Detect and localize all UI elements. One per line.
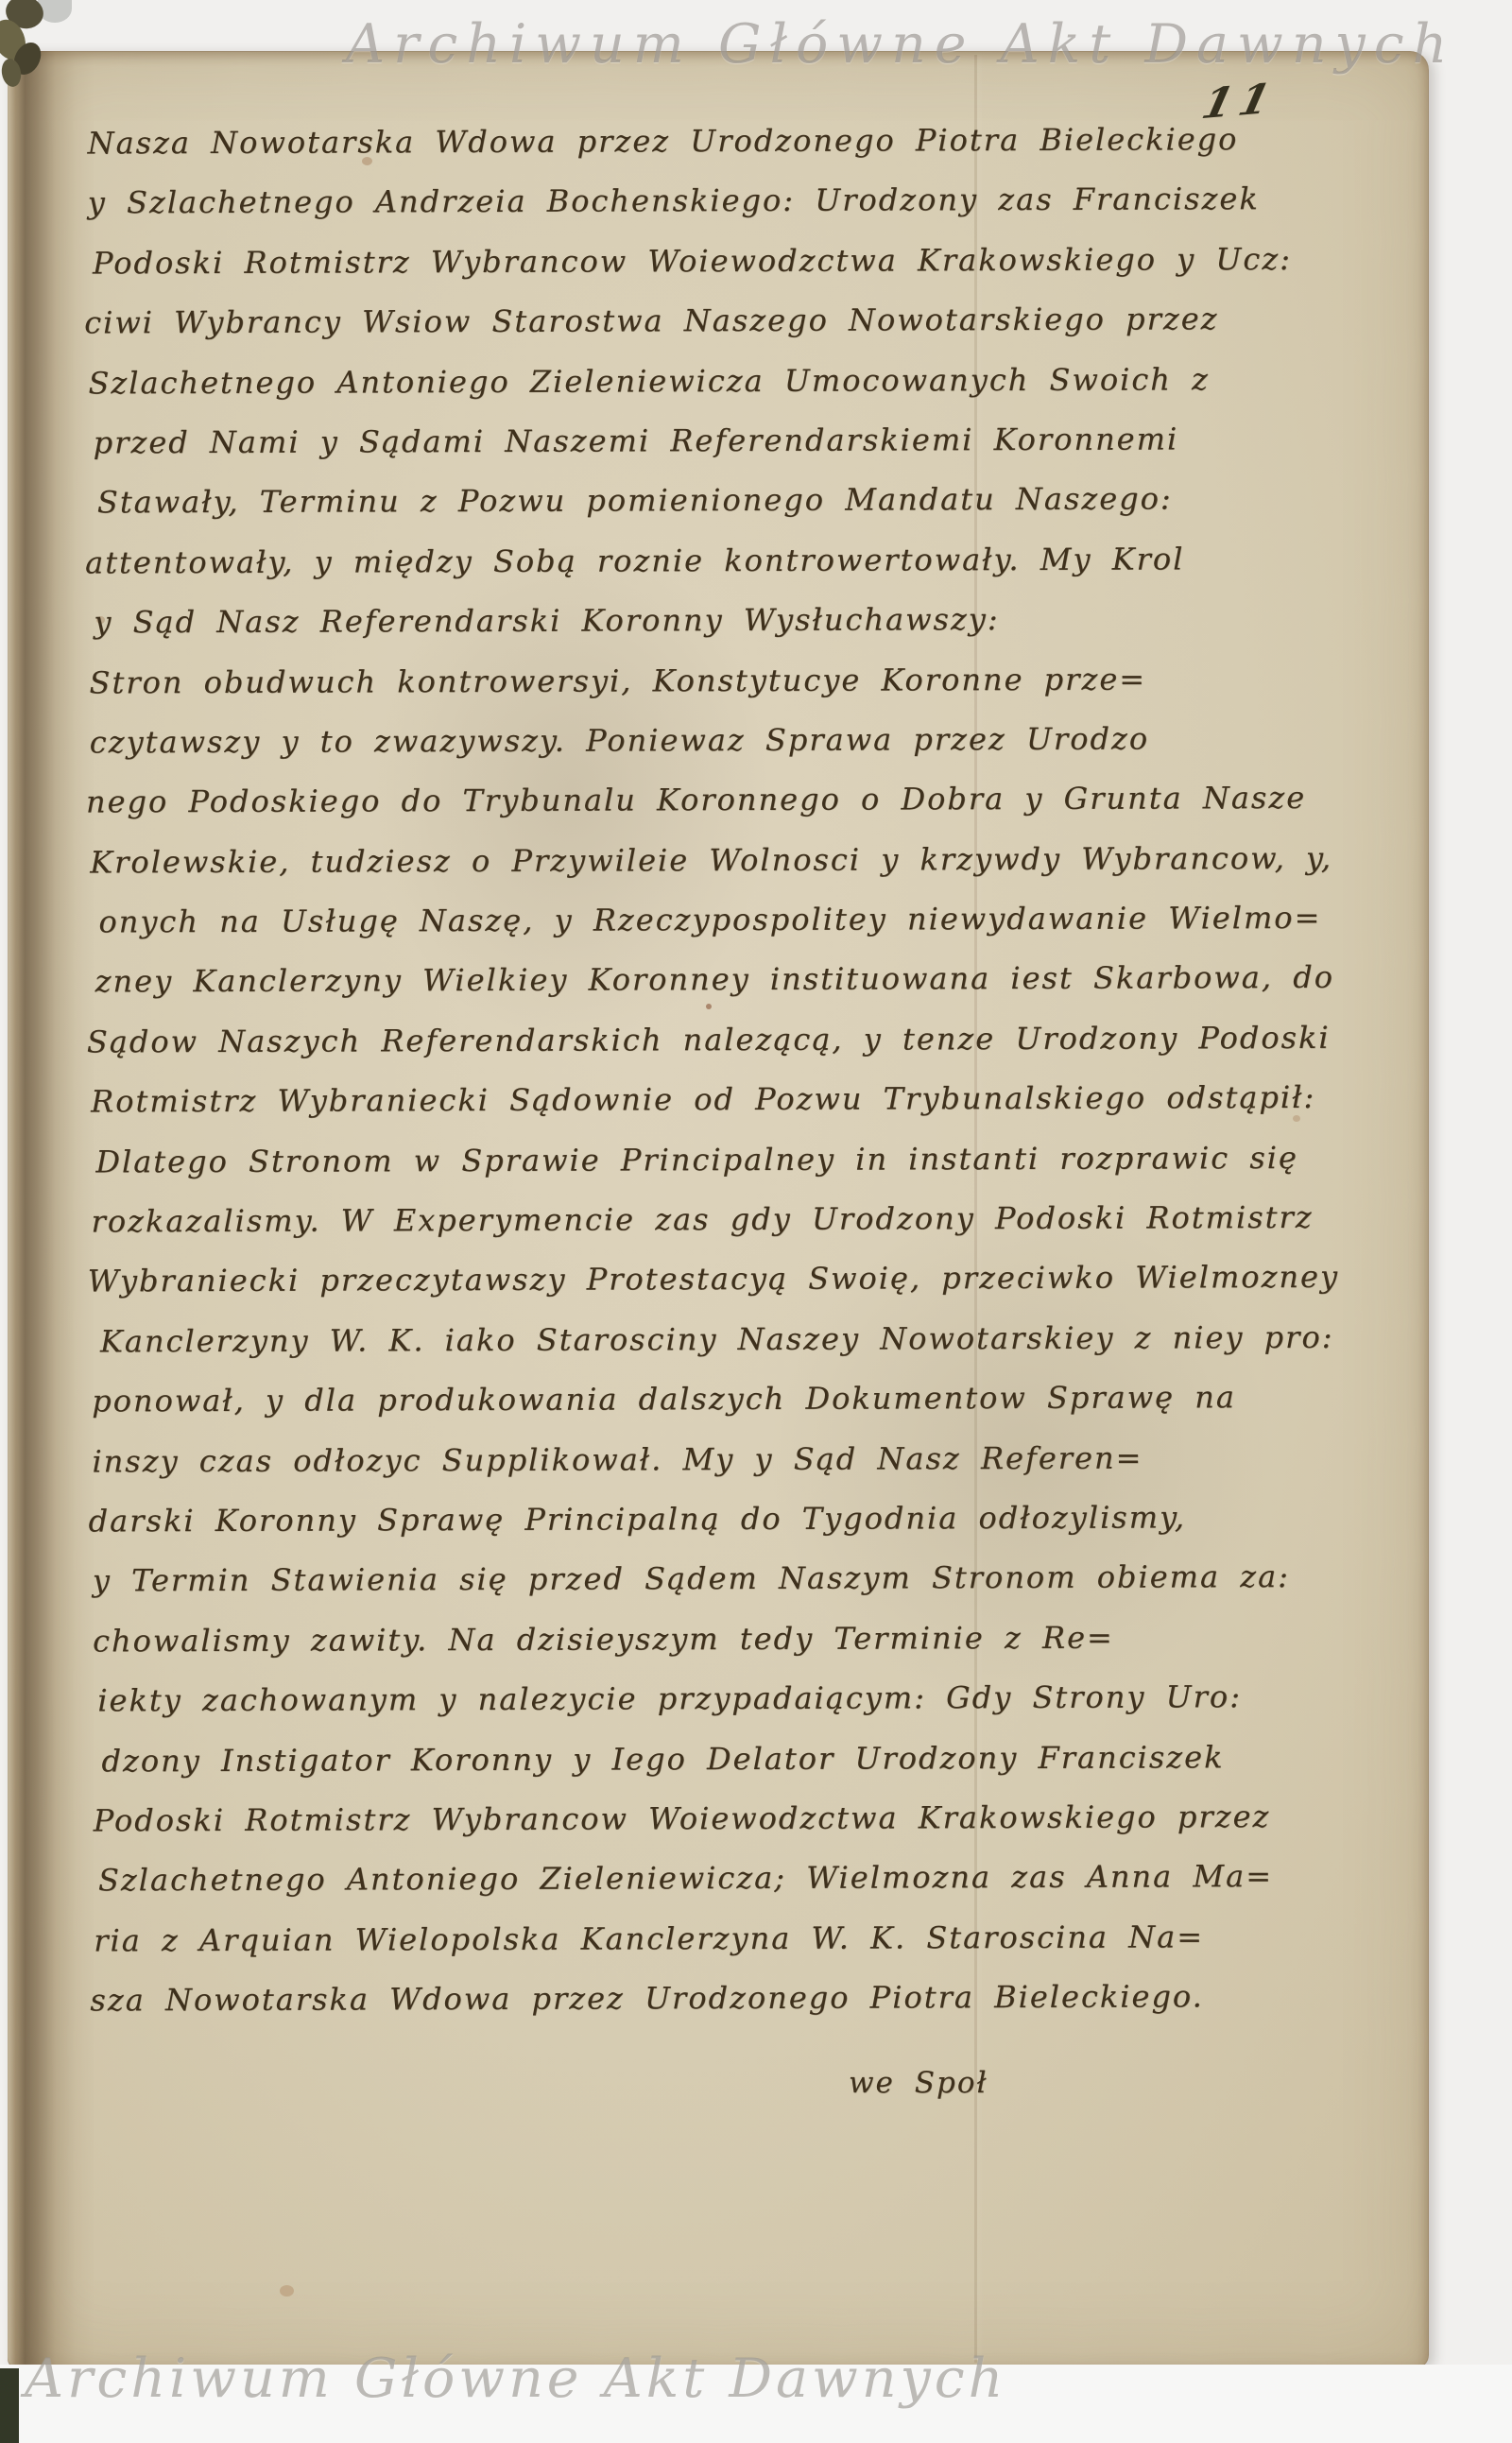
paper-stain xyxy=(280,2285,294,2297)
manuscript-line: sza Nowotarska Wdowa przez Urodzonego Pi… xyxy=(90,1978,1420,2042)
manuscript-line: Stron obudwuch kontrowersyi, Konstytucye… xyxy=(89,660,1416,724)
manuscript-line: Krolewskie, tudziesz o Przywileie Wolnos… xyxy=(90,839,1417,903)
manuscript-line: Nasza Nowotarska Wdowa przez Urodzonego … xyxy=(87,121,1414,185)
manuscript-line: zney Kanclerzyny Wielkiey Koronney insti… xyxy=(95,959,1417,1024)
manuscript-line: onych na Usługę Naszę, y Rzeczypospolite… xyxy=(98,900,1417,964)
manuscript-line: rozkazalismy. W Experymencie zas gdy Uro… xyxy=(91,1199,1417,1264)
manuscript-line: ponował, y dla produkowania dalszych Dok… xyxy=(92,1379,1418,1443)
manuscript-line: Szlachetnego Antoniego Zieleniewicza; Wi… xyxy=(98,1858,1420,1922)
manuscript-line: Rotmistrz Wybraniecki Sądownie od Pozwu … xyxy=(91,1079,1417,1144)
manuscript-line: Kanclerzyny W. K. iako Starosciny Naszey… xyxy=(100,1318,1418,1383)
manuscript-line: Szlachetnego Antoniego Zieleniewicza Umo… xyxy=(88,360,1415,424)
manuscript-line: Stawały, Terminu z Pozwu pomienionego Ma… xyxy=(97,480,1416,544)
manuscript-line: przed Nami y Sądami Naszemi Referendarsk… xyxy=(94,421,1416,485)
manuscript-text: Nasza Nowotarska Wdowa przez Urodzonego … xyxy=(87,121,1420,2042)
manuscript-line: darski Koronny Sprawę Principalną do Tyg… xyxy=(89,1499,1419,1563)
manuscript-line: y Sąd Nasz Referendarski Koronny Wysłuch… xyxy=(94,600,1416,664)
manuscript-line: Podoski Rotmistrz Wybrancow Woiewodzctwa… xyxy=(94,1798,1420,1862)
manuscript-line: dzony Instigator Koronny y Iego Delator … xyxy=(101,1738,1419,1802)
archival-scan: 11 Nasza Nowotarska Wdowa przez Urodzone… xyxy=(0,0,1512,2443)
binding-gutter-shadow xyxy=(8,51,94,2366)
scan-edge-artifact xyxy=(0,2368,19,2443)
scanner-background xyxy=(0,2365,1512,2443)
manuscript-line: nego Podoskiego do Trybunalu Koronnego o… xyxy=(86,780,1417,844)
manuscript-line: Wybraniecki przeczytawszy Protestacyą Sw… xyxy=(88,1259,1418,1323)
manuscript-line: Dlatego Stronom w Sprawie Principalney i… xyxy=(95,1139,1417,1203)
manuscript-line: ciwi Wybrancy Wsiow Starostwa Naszego No… xyxy=(84,301,1415,365)
manuscript-line: Podoski Rotmistrz Wybrancow Woiewodzctwa… xyxy=(93,240,1415,304)
manuscript-line: czytawszy y to zwazywszy. Poniewaz Spraw… xyxy=(90,719,1417,783)
manuscript-line: y Szlachetnego Andrzeia Bochenskiego: Ur… xyxy=(88,181,1415,245)
manuscript-line: ria z Arquian Wielopolska Kanclerzyna W.… xyxy=(94,1918,1420,1982)
manuscript-line: inszy czas odłozyc Supplikował. My y Sąd… xyxy=(92,1438,1418,1503)
manuscript-line: Sądow Naszych Referendarskich nalezącą, … xyxy=(87,1019,1417,1083)
manuscript-line: chowalismy zawity. Na dzisieyszym tedy T… xyxy=(93,1618,1419,1682)
manuscript-line: y Termin Stawienia się przed Sądem Naszy… xyxy=(93,1558,1419,1623)
catchword: we Społ xyxy=(849,2066,988,2100)
manuscript-line: iekty zachowanym y nalezycie przypadaiąc… xyxy=(97,1678,1419,1743)
manuscript-line: attentowały, y między Sobą roznie kontro… xyxy=(85,540,1416,604)
